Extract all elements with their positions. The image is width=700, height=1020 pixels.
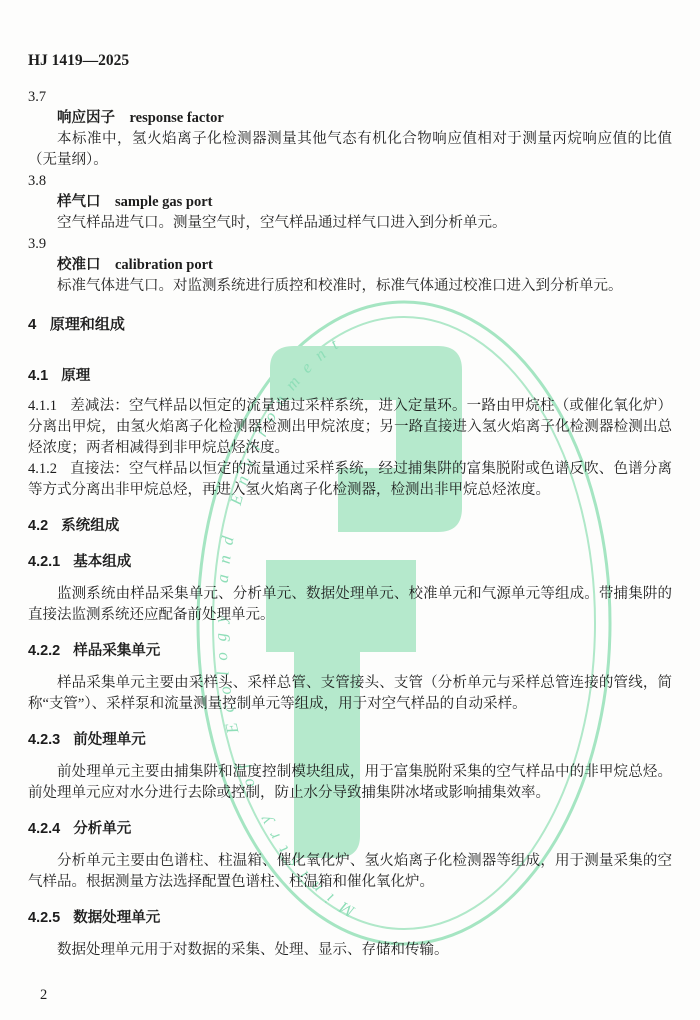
section-heading-4-2: 4.2系统组成	[28, 516, 672, 537]
paragraph-4-2-2: 样品采集单元主要由采样头、采样总管、支管接头、支管（分析单元与采样总管连接的管线…	[28, 673, 672, 715]
paragraph-4-1-1: 4.1.1差减法：空气样品以恒定的流量通过采样系统，进入定量环。一路由甲烷柱（或…	[28, 396, 672, 459]
term-en: sample gas port	[115, 194, 212, 210]
subsection-title: 分析单元	[73, 821, 131, 837]
term-block: 3.9 校准口calibration port 标准气体进气口。对监测系统进行质…	[28, 234, 672, 297]
term-zh: 校准口	[57, 257, 101, 273]
paragraph-text: 差减法：空气样品以恒定的流量通过采样系统，进入定量环。一路由甲烷柱（或催化氧化炉…	[28, 398, 672, 456]
paragraph-number: 4.1.1	[28, 398, 57, 414]
term-definition: 空气样品进气口。测量空气时，空气样品通过样气口进入到分析单元。	[28, 213, 672, 234]
subsection-heading-4-2-4: 4.2.4分析单元	[28, 819, 672, 840]
subsection-heading-4-2-3: 4.2.3前处理单元	[28, 730, 672, 751]
chapter-heading: 4原理和组成	[28, 314, 672, 335]
term-en: response factor	[130, 110, 224, 126]
subsection-title: 前处理单元	[73, 732, 146, 748]
page-number: 2	[40, 985, 47, 1006]
term-block: 3.8 样气口sample gas port 空气样品进气口。测量空气时，空气样…	[28, 171, 672, 234]
paragraph-4-2-3: 前处理单元主要由捕集阱和温度控制模块组成，用于富集脱附采集的空气样品中的非甲烷总…	[28, 762, 672, 804]
paragraph-4-2-5: 数据处理单元用于对数据的采集、处理、显示、存储和传输。	[28, 940, 672, 961]
subsection-number: 4.2.3	[28, 732, 60, 748]
term-number: 3.7	[28, 87, 672, 108]
term-en: calibration port	[115, 257, 213, 273]
term-block: 3.7 响应因子response factor 本标准中，氢火焰离子化检测器测量…	[28, 87, 672, 171]
term-number: 3.8	[28, 171, 672, 192]
subsection-number: 4.2.4	[28, 821, 60, 837]
page-content: HJ 1419—2025 3.7 响应因子response factor 本标准…	[0, 0, 700, 961]
subsection-title: 数据处理单元	[73, 910, 160, 926]
subsection-heading-4-2-2: 4.2.2样品采集单元	[28, 641, 672, 662]
section-heading-4-1: 4.1原理	[28, 366, 672, 387]
chapter-number: 4	[28, 316, 36, 333]
term-definition: 本标准中，氢火焰离子化检测器测量其他气态有机化合物响应值相对于测量丙烷响应值的比…	[28, 129, 672, 171]
chapter-title: 原理和组成	[50, 316, 125, 333]
subsection-number: 4.2.2	[28, 643, 60, 659]
section-title: 系统组成	[61, 518, 119, 534]
subsection-heading-4-2-1: 4.2.1基本组成	[28, 552, 672, 573]
subsection-number: 4.2.1	[28, 554, 60, 570]
term-title: 响应因子response factor	[28, 108, 672, 129]
subsection-heading-4-2-5: 4.2.5数据处理单元	[28, 908, 672, 929]
term-definition: 标准气体进气口。对监测系统进行质控和校准时，标准气体通过校准口进入到分析单元。	[28, 276, 672, 297]
subsection-title: 基本组成	[73, 554, 131, 570]
paragraph-number: 4.1.2	[28, 461, 57, 477]
term-zh: 响应因子	[57, 110, 115, 126]
paragraph-4-2-4: 分析单元主要由色谱柱、柱温箱、催化氧化炉、氢火焰离子化检测器等组成，用于测量采集…	[28, 851, 672, 893]
section-number: 4.2	[28, 518, 48, 534]
term-number: 3.9	[28, 234, 672, 255]
section-number: 4.1	[28, 368, 48, 384]
subsection-number: 4.2.5	[28, 910, 60, 926]
subsection-title: 样品采集单元	[73, 643, 160, 659]
paragraph-4-1-2: 4.1.2直接法：空气样品以恒定的流量通过采样系统，经过捕集阱的富集脱附或色谱反…	[28, 459, 672, 501]
paragraph-4-2-1: 监测系统由样品采集单元、分析单元、数据处理单元、校准单元和气源单元等组成。带捕集…	[28, 584, 672, 626]
standard-number: HJ 1419—2025	[28, 50, 672, 71]
document-page: Ministry of Ecology and Environment HJ 1…	[0, 0, 700, 1020]
term-zh: 样气口	[57, 194, 101, 210]
section-title: 原理	[61, 368, 90, 384]
term-title: 校准口calibration port	[28, 255, 672, 276]
paragraph-text: 直接法：空气样品以恒定的流量通过采样系统，经过捕集阱的富集脱附或色谱反吹、色谱分…	[28, 461, 672, 498]
term-title: 样气口sample gas port	[28, 192, 672, 213]
